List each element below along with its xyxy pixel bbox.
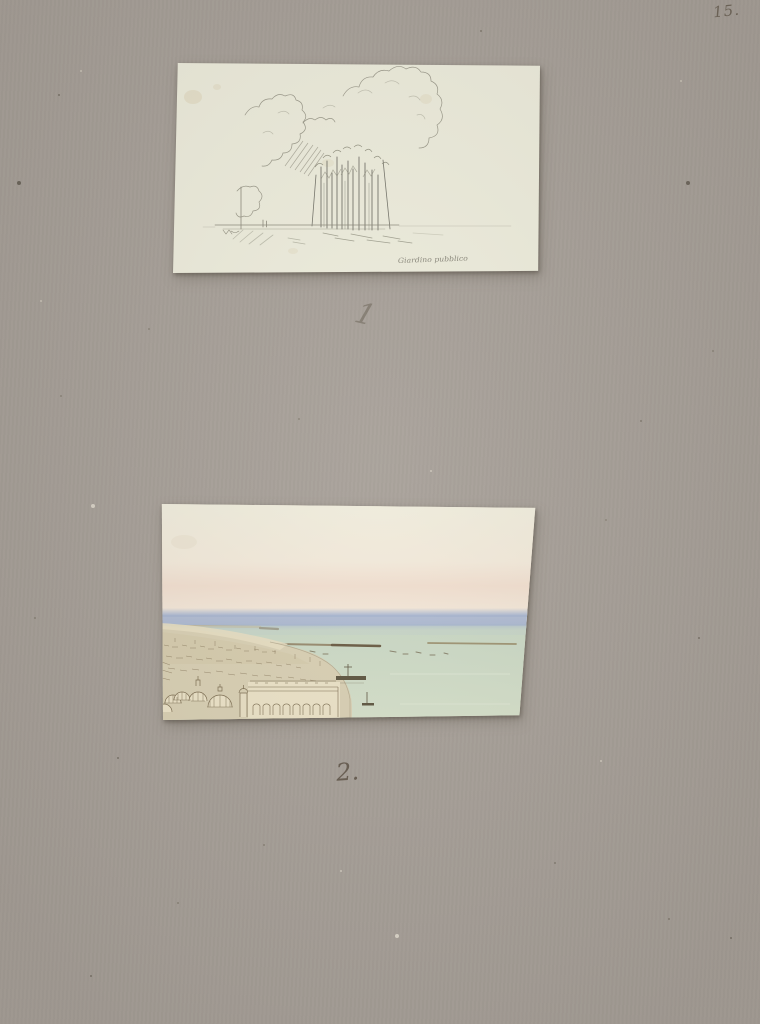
sketch-caption: Giardino pubblico (398, 255, 468, 265)
shadow-strokes (233, 230, 443, 245)
coastal-view-painting (160, 504, 536, 720)
pencil-hatching (285, 141, 324, 176)
tree-trunks (312, 157, 390, 230)
paper-stains (184, 84, 432, 254)
folio-number: 15. (712, 1, 741, 22)
album-sheet-1: Giardino pubblico (173, 63, 540, 273)
tree-canopy-outline (236, 66, 442, 217)
album-page: 15. (0, 0, 760, 1024)
sky-pink-haze (160, 562, 536, 610)
paper-specks-light (0, 0, 2, 2)
ground-line (203, 187, 511, 234)
watercolor-coastal-view (160, 504, 536, 720)
pencil-sketch-trees: Giardino pubblico (173, 63, 540, 273)
album-sheet-2 (160, 504, 536, 720)
artwork-index-2: 2. (335, 757, 360, 787)
artwork-index-1: 1 (351, 296, 380, 332)
tree-study-drawing: Giardino pubblico (173, 63, 540, 273)
arcade-building (248, 681, 340, 718)
